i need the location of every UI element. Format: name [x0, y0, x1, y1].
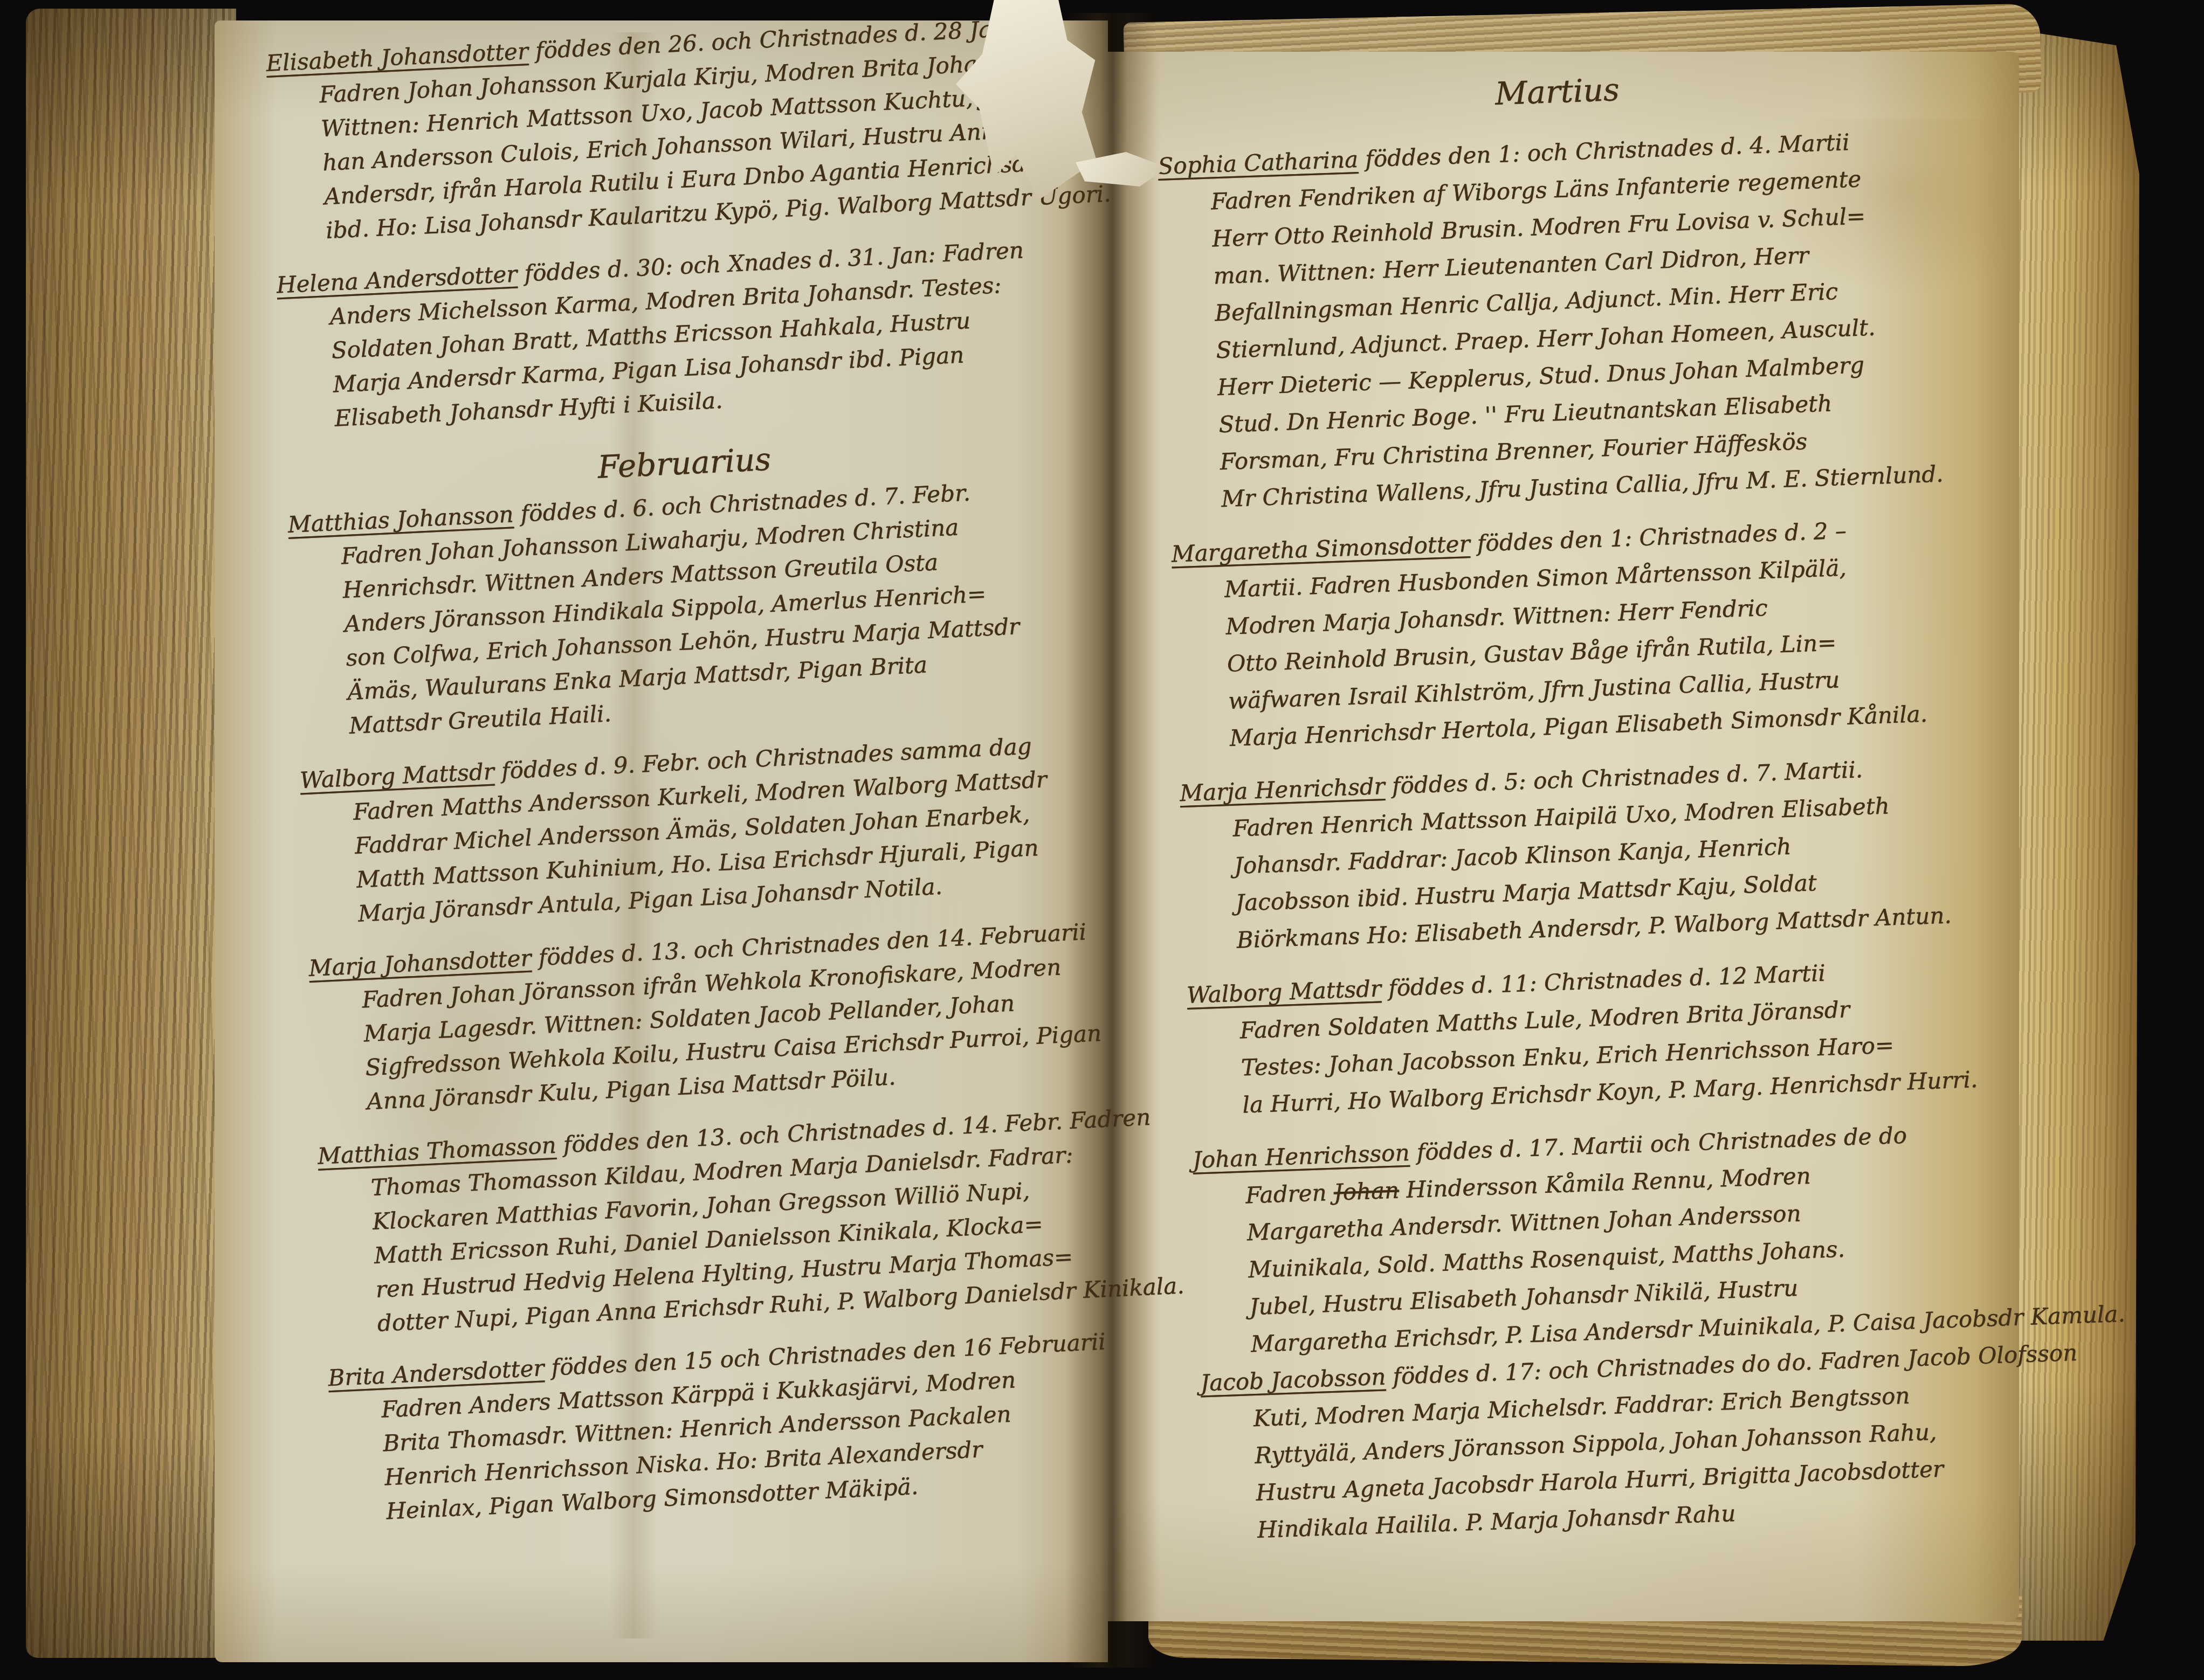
- right-page-text: Martius Sophia Catharina föddes den 1: o…: [1155, 50, 2074, 1551]
- left-page-edge-stack: [26, 9, 236, 1658]
- entry-name-underlined: Walborg Mattsdr: [299, 758, 495, 794]
- entry-name-underlined: Johan Henrichsson: [1192, 1139, 1410, 1173]
- entry-name-underlined: Margaretha Simonsdotter: [1171, 530, 1470, 567]
- line-text: Februarius: [597, 441, 772, 486]
- entry-name-underlined: Walborg Mattsdr: [1186, 975, 1381, 1008]
- line-text-pre: Fadren: [1245, 1179, 1334, 1209]
- entry-name-underlined: Marja Henrichsdr: [1179, 773, 1385, 806]
- left-page-text: Elisabeth Johansdotter föddes den 26. oc…: [265, 6, 1197, 1531]
- line-text: Martius: [1494, 71, 1620, 112]
- open-register-book: Elisabeth Johansdotter föddes den 26. oc…: [0, 0, 2204, 1680]
- entry-name-underlined: Jacob Jacobsson: [1200, 1364, 1386, 1396]
- entry-name-underlined: Brita Andersdotter: [327, 1354, 545, 1391]
- struck-word: Johan: [1333, 1177, 1400, 1205]
- entry-name-underlined: Sophia Catharina: [1158, 146, 1359, 179]
